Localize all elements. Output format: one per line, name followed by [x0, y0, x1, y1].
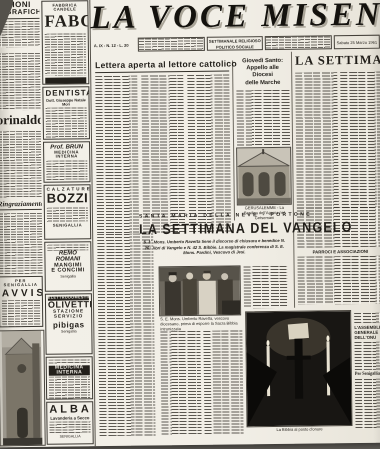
ad-alba-city: SENIGALLIA	[50, 434, 91, 439]
ads-subcolumn-right: FABBRICA CANDELE FABC DENTISTA Dott. Giu…	[41, 0, 93, 445]
ad-olivetti-city: Senigallia	[48, 329, 89, 334]
ad-alba: ALBA Lavanderia a Secco SENIGALLIA	[46, 401, 94, 445]
body-text	[49, 376, 90, 399]
body-text	[95, 76, 139, 235]
infobar-fineprint	[138, 37, 205, 52]
corinaldo-header: orinaldo	[0, 112, 41, 129]
body-text	[0, 212, 43, 274]
ad-faro: FABBRICA CANDELE FABC	[41, 0, 89, 85]
body-text	[355, 379, 380, 429]
vangelo-deck: S. E. Mons. Umberto Ravetta tiene il dis…	[141, 238, 287, 257]
bibbia-photo	[246, 311, 351, 426]
ad-medicina-title: MEDICINA INTERNA	[49, 365, 90, 376]
main-area: LA VOCE MISENA A. IX - N. 12 - L. 20 SET…	[89, 0, 380, 446]
ad-bozzi: CALZATURE BOZZI SENIGALLIA	[44, 184, 92, 239]
giovedi-headline-line2: delle Marche	[236, 79, 289, 87]
tagline: SETTIMANALE RELIGIOSO POLITICO SOCIALE	[207, 36, 263, 51]
article-giovedi: Giovedì Santo: Appello alle Diocesi dell…	[236, 58, 291, 221]
settimana-headline: LA SETTIMANA	[295, 53, 380, 69]
ad-olivetti-line2: SERVIZIO	[48, 314, 89, 319]
body-text	[2, 300, 40, 328]
article-lettera: Lettera aperta al lettore cattolico	[95, 59, 231, 235]
per-senigallia-subhead: Per Senigallia	[355, 372, 380, 377]
ad-dentista-name: Dott. Giuseppe Natale Mori	[45, 98, 86, 107]
body-text	[297, 256, 380, 305]
settimana-subhead-parroci: PARROCI E ASSOCIAZIONI	[297, 249, 380, 255]
church-photo	[0, 331, 45, 446]
ad-dentista: DENTISTA Dott. Giuseppe Natale Mori	[42, 86, 90, 139]
issue-date: Sabato 25 Marzo 1961	[334, 35, 380, 50]
body-text	[354, 313, 380, 323]
settimana-body	[295, 72, 380, 209]
body-text	[46, 161, 87, 181]
settimana-subhead-onu: L'ASSEMBLEA GENERALE DELL'ONU	[354, 325, 380, 341]
ad-brun: Prof. BRUN MEDICINA INTERNA	[43, 141, 90, 183]
body-text	[295, 72, 338, 208]
lettera-body	[95, 75, 231, 235]
body-text	[45, 33, 87, 75]
ad-dentista-title: DENTISTA	[45, 89, 86, 98]
scan-corner-shadow	[0, 0, 13, 38]
clergy-photo	[160, 266, 241, 315]
masthead-title: LA VOCE MISENA	[90, 0, 380, 37]
body-text	[49, 421, 90, 434]
body-text	[97, 233, 155, 436]
bibbia-photo-caption: La Bibbia al posto d'onore	[248, 427, 352, 433]
body-text	[203, 330, 244, 434]
ad-medicina: MEDICINA INTERNA	[46, 356, 94, 400]
clergy-photo-caption: S. E. Mons. Umberto Ravetta, vescovo dio…	[160, 316, 240, 331]
lettera-headline: Lettera aperta al lettore cattolico	[95, 59, 229, 74]
ad-faro-name: FABC	[44, 11, 85, 31]
ad-alba-name: ALBA	[49, 404, 90, 416]
ad-romani: REMO ROMANI MANGIMI E CONCIMI Senigallia	[44, 241, 92, 292]
vangelo-kicker: SANTA MARIA DELLA NEVE - PORTONE	[139, 212, 289, 220]
article-settimana: LA SETTIMANA	[295, 53, 380, 209]
left-ads-column: LAZIONI TOGRAFICHE orinaldo Ringraziamen…	[0, 0, 95, 445]
body-text	[160, 331, 201, 435]
ringraziamento-heading: Ringraziamento	[0, 199, 42, 210]
infobar-fineprint	[265, 35, 332, 50]
ad-brun-specialty: MEDICINA INTERNA	[46, 150, 87, 159]
tagline-line2: POLITICO SOCIALE	[208, 44, 262, 50]
vangelo-photo-block: S. E. Mons. Umberto Ravetta, vescovo dio…	[160, 266, 241, 331]
ad-romani-city: Senigallia	[48, 274, 89, 279]
ad-avviso-top: PER SENIGALLIA	[2, 279, 40, 288]
body-text	[47, 207, 88, 221]
section-ringraziamento: Ringraziamento	[0, 199, 43, 274]
giovedi-headline-line1: Giovedì Santo: Appello alle Diocesi	[236, 58, 289, 80]
column-rule	[232, 60, 235, 220]
ad-bozzi-city: SENIGALLIA	[47, 223, 88, 228]
ad-olivetti: ELETTRODOMESTICI OLIVETTI STAZIONE SERVI…	[45, 294, 93, 355]
ad-alba-line1: Lavanderia a Secco	[49, 415, 90, 421]
section-corinaldo: orinaldo	[0, 112, 42, 198]
ad-avviso-title: AVVISO	[2, 288, 40, 299]
issue-info: A. IX - N. 12 - L. 20	[94, 38, 136, 53]
bibbia-photo-block: La Bibbia al posto d'onore	[246, 311, 351, 433]
right-narrow-column: L'ASSEMBLEA GENERALE DELL'ONU Per Seniga…	[354, 313, 380, 430]
body-text	[46, 107, 87, 139]
ad-avviso: PER SENIGALLIA AVVISO	[0, 276, 43, 327]
vangelo-headline: LA SETTIMANA DEL VANGELO	[139, 220, 289, 238]
newspaper-page: LAZIONI TOGRAFICHE orinaldo Ringraziamen…	[0, 0, 380, 447]
body-text	[354, 342, 380, 370]
masthead-infobar: A. IX - N. 12 - L. 20 SETTIMANALE RELIGI…	[94, 35, 380, 52]
vangelo-body	[160, 330, 243, 435]
body-text	[187, 75, 231, 234]
ad-bozzi-name: BOZZI	[47, 192, 88, 206]
article-vangelo-head: SANTA MARIA DELLA NEVE - PORTONE LA SETT…	[139, 212, 290, 257]
classifieds-text	[0, 53, 41, 111]
body-text	[0, 131, 42, 198]
body-text	[141, 75, 185, 234]
body-text	[236, 90, 290, 147]
gerusalemme-basilica-photo	[237, 148, 291, 205]
body-text	[340, 72, 380, 208]
ad-romani-name: REMO ROMANI	[47, 250, 88, 262]
ad-olivetti-brand: pibigas	[48, 321, 89, 330]
body-text	[244, 266, 289, 309]
ads-subcolumn-left: LAZIONI TOGRAFICHE orinaldo Ringraziamen…	[0, 1, 45, 446]
newspaper-scan: LAZIONI TOGRAFICHE orinaldo Ringraziamen…	[0, 0, 380, 449]
